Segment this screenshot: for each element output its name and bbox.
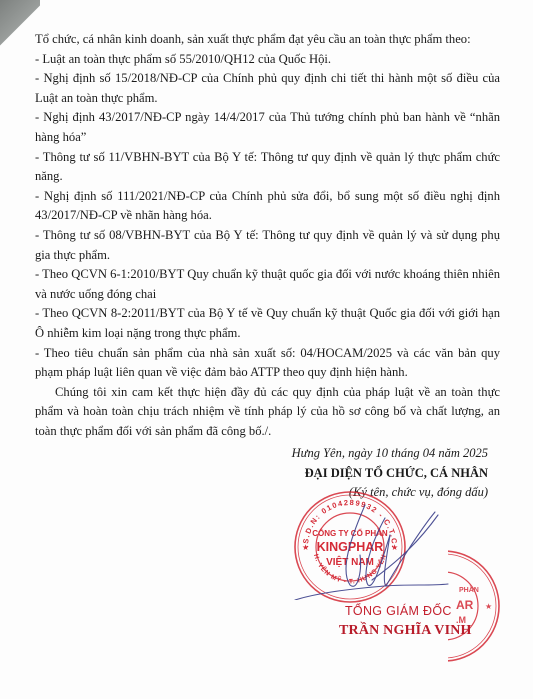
signer-title: TỔNG GIÁM ĐỐC [345, 604, 452, 618]
intro-paragraph: Tổ chức, cá nhân kinh doanh, sản xuất th… [35, 30, 500, 50]
regulation-item: - Theo tiêu chuẩn sản phẩm của nhà sản x… [35, 344, 500, 383]
document-body: Tổ chức, cá nhân kinh doanh, sản xuất th… [35, 30, 500, 441]
regulation-item: - Luật an toàn thực phẩm số 55/2010/QH12… [35, 50, 500, 70]
partial-seal-line-1: PHẦN [459, 584, 479, 594]
regulation-item: - Nghị định số 15/2018/NĐ-CP của Chính p… [35, 69, 500, 108]
representative-heading: ĐẠI DIỆN TỔ CHỨC, CÁ NHÂN [292, 463, 488, 483]
regulation-item: - Theo QCVN 6-1:2010/BYT Quy chuẩn kỹ th… [35, 265, 500, 304]
regulation-item: - Nghị định số 111/2021/NĐ-CP của Chính … [35, 187, 500, 226]
signer-name: TRẦN NGHĨA VINH [339, 623, 472, 639]
regulation-item: - Thông tư số 08/VBHN-BYT của Bộ Y tế: T… [35, 226, 500, 265]
handwritten-signature [290, 500, 450, 605]
page-corner-shadow [0, 0, 40, 60]
place-date: Hưng Yên, ngày 10 tháng 04 năm 2025 [292, 444, 488, 463]
commitment-paragraph: Chúng tôi xin cam kết thực hiện đầy đủ c… [35, 383, 500, 442]
regulation-item: - Nghị định 43/2017/NĐ-CP ngày 14/4/2017… [35, 108, 500, 147]
partial-seal-line-2: AR [456, 598, 474, 612]
svg-text:★: ★ [485, 602, 492, 611]
regulation-item: - Thông tư số 11/VBHN-BYT của Bộ Y tế: T… [35, 148, 500, 187]
regulation-item: - Theo QCVN 8-2:2011/BYT của Bộ Y tế về … [35, 304, 500, 343]
